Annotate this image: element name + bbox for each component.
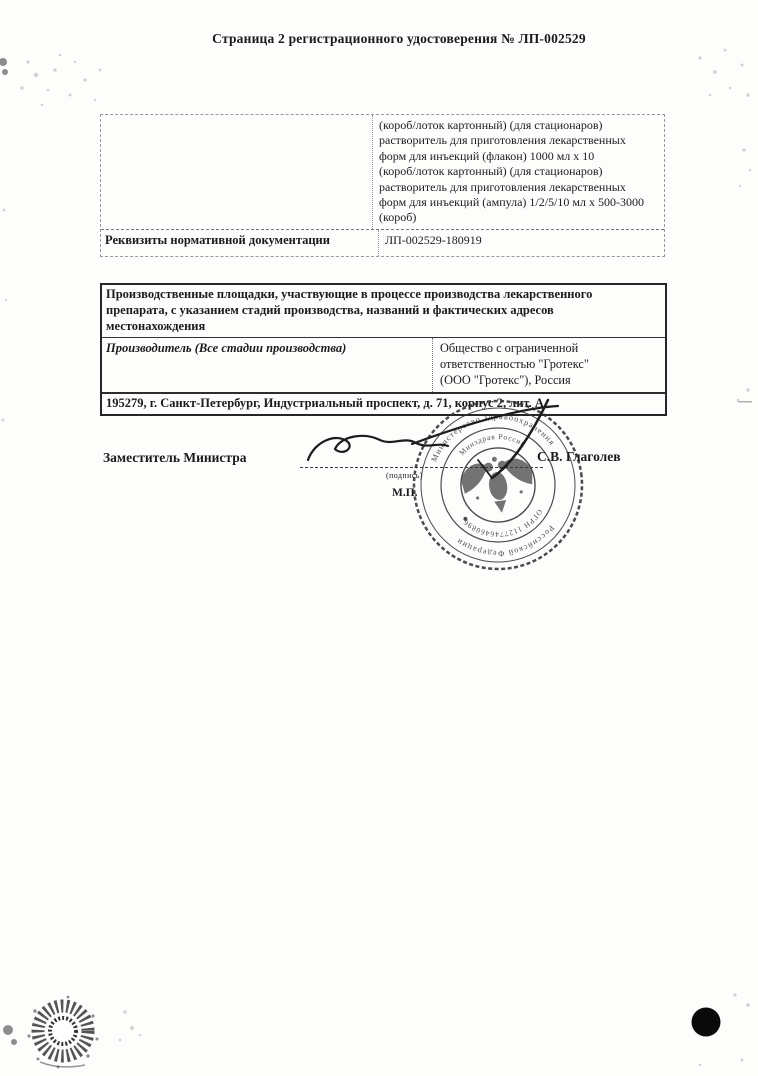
sites-table-header: Производственные площадки, участвующие в… <box>102 285 665 338</box>
packaging-line: (короб/лоток картонный) (для стационаров… <box>379 118 662 133</box>
packaging-line: растворитель для приготовления лекарстве… <box>379 180 662 195</box>
sites-header-line: местонахождения <box>106 319 659 335</box>
requisites-row: Реквизиты нормативной документации ЛП-00… <box>101 229 664 256</box>
requisites-value: ЛП-002529-180919 <box>379 230 664 256</box>
packaging-value-cell: (короб/лоток картонный) (для стационаров… <box>373 115 664 229</box>
packaging-line: (короб/лоток картонный) (для стационаров… <box>379 164 662 179</box>
sites-header-line: препарата, с указанием стадий производст… <box>106 303 659 319</box>
sites-header-line: Производственные площадки, участвующие в… <box>106 287 659 303</box>
packaging-line: форм для инъекций (флакон) 1000 мл х 10 <box>379 149 662 164</box>
packaging-line: растворитель для приготовления лекарстве… <box>379 133 662 148</box>
producer-line: ответственностью "Гротекс" <box>440 356 661 372</box>
signer-name: С.В. Глаголев <box>537 449 621 465</box>
packaging-label-cell-empty <box>101 115 373 229</box>
stray-dash <box>738 401 752 403</box>
signer-title: Заместитель Министра <box>103 450 246 466</box>
producer-line: (ООО "Гротекс"), Россия <box>440 372 661 388</box>
page-header-title: Страница 2 регистрационного удостоверени… <box>40 31 758 47</box>
requisites-label: Реквизиты нормативной документации <box>101 230 379 256</box>
edge-smudge <box>0 58 17 1045</box>
corner-gear-stamp <box>27 996 98 1069</box>
packaging-continuation-row: (короб/лоток картонный) (для стационаров… <box>101 115 664 229</box>
producer-row: Производитель (Все стадии производства) … <box>102 338 665 394</box>
scanned-document-page: Страница 2 регистрационного удостоверени… <box>0 0 758 1076</box>
producer-label: Производитель (Все стадии производства) <box>102 338 432 392</box>
packaging-line: (короб) <box>379 210 662 225</box>
producer-value-cell: Общество с ограниченной ответственностью… <box>432 338 665 392</box>
producer-line: Общество с ограниченной <box>440 340 661 356</box>
packaging-table: (короб/лоток картонный) (для стационаров… <box>100 114 665 257</box>
packaging-line: форм для инъекций (ампула) 1/2/5/10 мл х… <box>379 195 662 210</box>
hole-punch-dot <box>692 1008 721 1037</box>
signature-stroke-tick <box>478 460 507 478</box>
